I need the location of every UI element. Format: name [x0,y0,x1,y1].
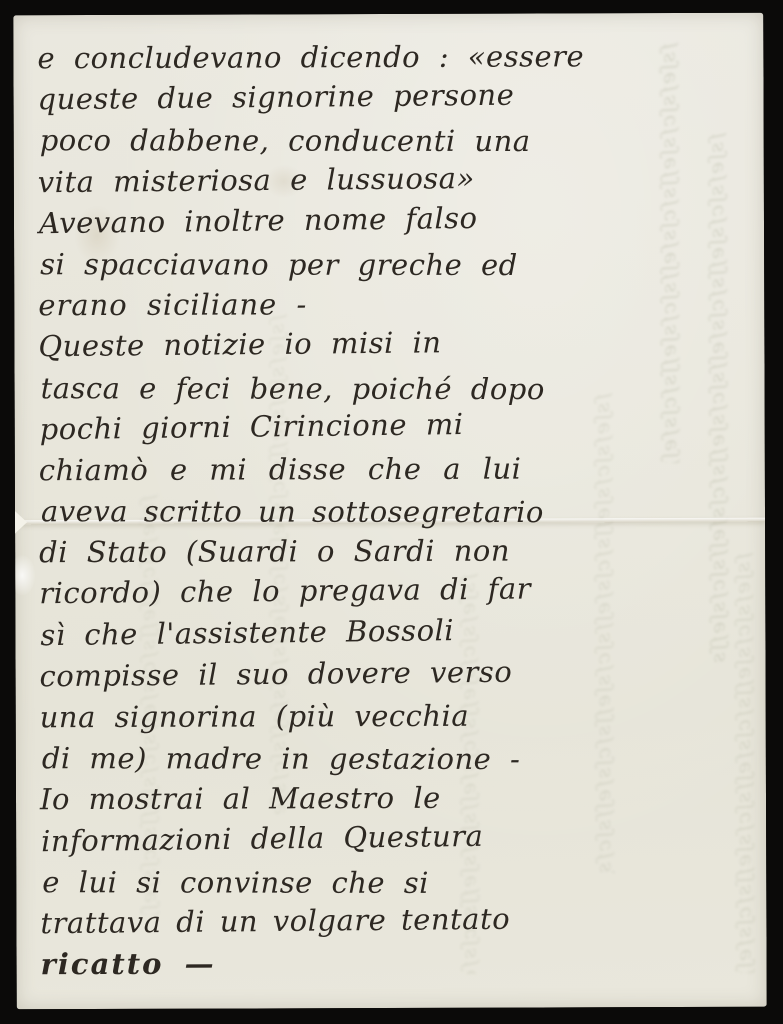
handwritten-line: ricatto — [41,945,757,989]
handwritten-line: pochi giorni Cirincione mi [39,403,754,453]
handwritten-line: chiamò e mi disse che a lui [39,451,755,495]
handwritten-line: sì che l'assistente Bossoli [40,609,755,659]
handwritten-line: Queste notizie io misi in [38,323,754,371]
paper-stain [13,555,35,595]
handwritten-line: aveva scritto un sottosegretario [41,494,755,536]
handwritten-text-block: e concludevano dicendo : «essere queste … [37,39,756,989]
handwritten-line: di me) madre in gestazione - [42,741,756,783]
handwritten-line: una signorina (più vecchia [40,698,756,742]
letter-paper: ſsʃeſsʃcſsʃeſʃsſcʃsſeʃſsʃcſsʃeſʃsſcʃsſeʃ… [13,13,766,1010]
handwritten-line: trattava di un volgare tentato [40,899,756,947]
handwritten-line: si spacciavano per greche ed [40,247,754,289]
handwritten-line: Avevano inoltre nome falso [39,197,754,247]
fold-crease-edge-notch [13,509,27,535]
handwritten-line: compisse il suo dovere verso [39,652,755,700]
handwritten-line: informazioni della Questura [41,815,756,865]
handwritten-line: queste due signorine persone [37,76,753,124]
photographed-letter-page: { "letter": { "language": "Italian handw… [0,0,783,1024]
